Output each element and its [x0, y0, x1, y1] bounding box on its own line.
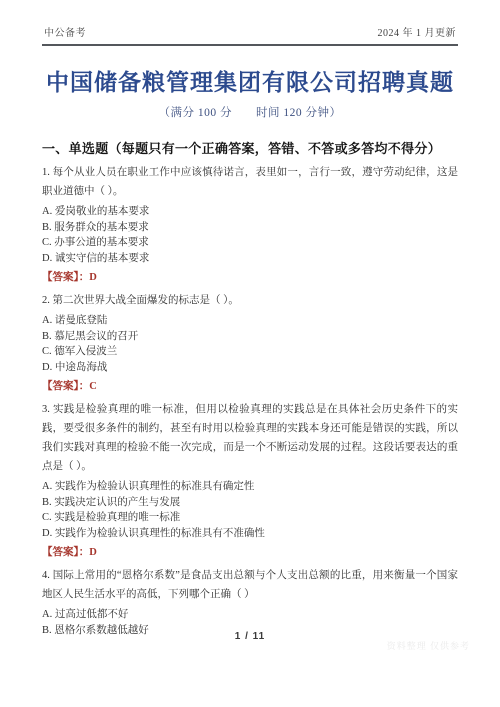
question-option-a: A. 实践作为检验认识真理性的标准具有确定性: [42, 479, 458, 495]
question-option-b: B. 服务群众的基本要求: [42, 220, 458, 236]
question-1: 1. 每个从业人员在职业工作中应该慎待诺言，表里如一，言行一致，遵守劳动纪律，这…: [42, 163, 458, 285]
header-left-text: 中公备考: [44, 24, 86, 39]
question-option-b: B. 实践决定认识的产生与发展: [42, 495, 458, 511]
question-option-c: C. 办事公道的基本要求: [42, 235, 458, 251]
document-subtitle: （满分 100 分 时间 120 分钟）: [42, 104, 458, 120]
question-option-d: D. 中途岛海战: [42, 360, 458, 376]
answer-line: 【答案】：D: [42, 270, 458, 285]
answer-line: 【答案】：C: [42, 379, 458, 394]
question-stem: 1. 每个从业人员在职业工作中应该慎待诺言，表里如一，言行一致，遵守劳动纪律，这…: [42, 163, 458, 201]
answer-line: 【答案】：D: [42, 545, 458, 560]
header-right-text: 2024 年 1 月更新: [378, 24, 457, 39]
document-title: 中国储备粮管理集团有限公司招聘真题: [42, 64, 458, 97]
question-2: 2. 第二次世界大战全面爆发的标志是（ ）。 A. 诺曼底登陆 B. 慕尼黑会议…: [42, 291, 458, 394]
question-stem: 3. 实践是检验真理的唯一标准，但用以检验真理的实践总是在具体社会历史条件下的实…: [42, 400, 458, 476]
question-stem: 4. 国际上常用的“恩格尔系数”是食品支出总额与个人支出总额的比重，用来衡量一个…: [42, 566, 458, 604]
page-header: 中公备考 2024 年 1 月更新: [42, 0, 458, 46]
question-option-c: C. 实践是检验真理的唯一标准: [42, 510, 458, 526]
section-heading: 一、单选题（每题只有一个正确答案，答错、不答或多答均不得分）: [42, 138, 458, 157]
question-option-a: A. 诺曼底登陆: [42, 313, 458, 329]
question-option-d: D. 诚实守信的基本要求: [42, 251, 458, 267]
question-option-c: C. 德军入侵波兰: [42, 344, 458, 360]
question-stem: 2. 第二次世界大战全面爆发的标志是（ ）。: [42, 291, 458, 310]
document-page: 中公备考 2024 年 1 月更新 中国储备粮管理集团有限公司招聘真题 （满分 …: [0, 0, 500, 707]
question-option-a: A. 过高过低都不好: [42, 607, 458, 623]
question-option-b: B. 慕尼黑会议的召开: [42, 329, 458, 345]
question-4: 4. 国际上常用的“恩格尔系数”是食品支出总额与个人支出总额的比重，用来衡量一个…: [42, 566, 458, 638]
question-option-a: A. 爱岗敬业的基本要求: [42, 204, 458, 220]
question-3: 3. 实践是检验真理的唯一标准，但用以检验真理的实践总是在具体社会历史条件下的实…: [42, 400, 458, 560]
question-option-d: D. 实践作为检验认识真理性的标准具有不准确性: [42, 526, 458, 542]
watermark-text: 资料整理 仅供参考: [387, 639, 470, 652]
